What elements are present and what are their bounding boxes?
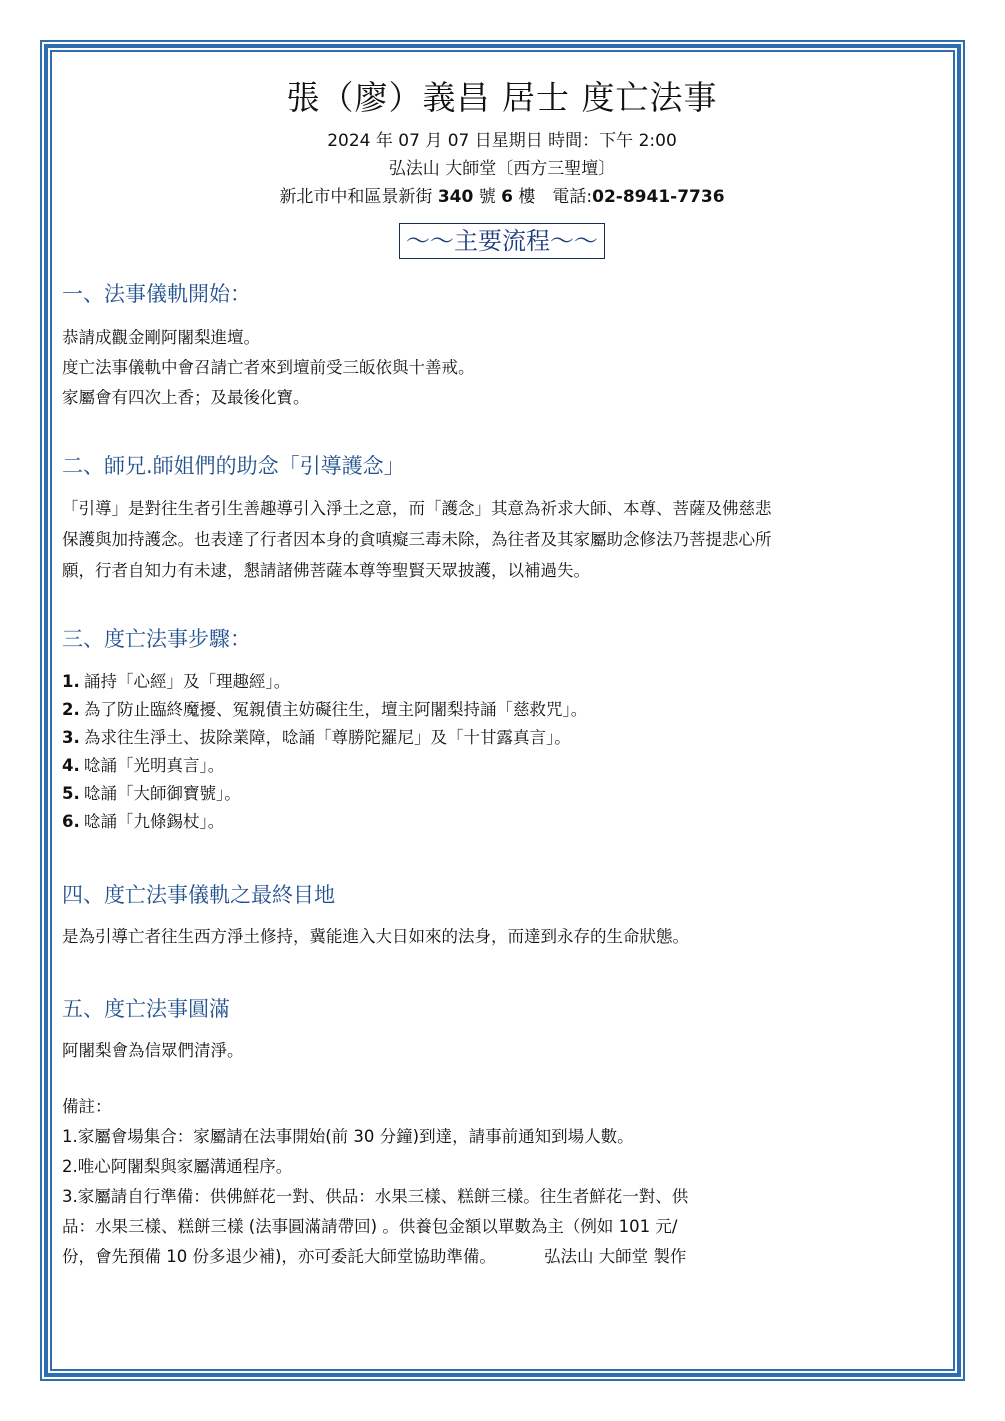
date-line: 2024 年 07 月 07 日星期日 時間：下午 2:00 bbox=[62, 127, 942, 155]
section-2-line: 「引導」是對往生者引生善趣導引入淨土之意，而「護念」其意為祈求大師、本尊、菩薩及… bbox=[62, 493, 942, 524]
note-line: 3.家屬請自行準備：供佛鮮花一對、供品：水果三樣、糕餅三樣。往生者鮮花一對、供 bbox=[62, 1182, 942, 1212]
step-item: 2.為了防止臨終魔擾、冤親債主妨礙往生，壇主阿闍梨持誦「慈救咒」。 bbox=[62, 696, 942, 724]
section-1-line: 恭請成觀金剛阿闍梨進壇。 bbox=[62, 323, 942, 353]
section-1-line: 度亡法事儀軌中會召請亡者來到壇前受三皈依與十善戒。 bbox=[62, 353, 942, 383]
steps-list: 1.誦持「心經」及「理趣經」。 2.為了防止臨終魔擾、冤親債主妨礙往生，壇主阿闍… bbox=[62, 668, 942, 836]
section-4-line: 是為引導亡者往生西方淨土修持，冀能進入大日如來的法身，而達到永存的生命狀態。 bbox=[62, 922, 942, 952]
section-5-line: 阿闍梨會為信眾們清淨。 bbox=[62, 1036, 942, 1066]
notes-label: 備註： bbox=[62, 1092, 942, 1122]
step-item: 1.誦持「心經」及「理趣經」。 bbox=[62, 668, 942, 696]
section-2-line: 保護與加持護念。也表達了行者因本身的貪嗔癡三毒未除，為往者及其家屬助念修法乃菩提… bbox=[62, 524, 942, 555]
signature: 弘法山 大師堂 製作 bbox=[544, 1242, 687, 1272]
note-line: 品：水果三樣、糕餅三樣 (法事圓滿請帶回) 。供養包金額以單數為主（例如 101… bbox=[62, 1212, 942, 1242]
section-4-heading: 四、度亡法事儀軌之最終目地 bbox=[62, 880, 942, 910]
phone-number: 02-8941-7736 bbox=[592, 187, 724, 207]
note-line: 1.家屬會場集合：家屬請在法事開始(前 30 分鐘)到達，請事前通知到場人數。 bbox=[62, 1122, 942, 1152]
address-mid: 號 bbox=[473, 187, 501, 207]
document-content: 張（廖）義昌 居士 度亡法事 2024 年 07 月 07 日星期日 時間：下午… bbox=[62, 60, 942, 1272]
section-2-line: 願，行者自知力有未逮，懇請諸佛菩薩本尊等聖賢天眾披護，以補過失。 bbox=[62, 555, 942, 586]
venue-line: 弘法山 大師堂〔西方三聖壇〕 bbox=[62, 155, 942, 183]
address-number: 340 bbox=[438, 187, 474, 207]
notes-block: 備註： 1.家屬會場集合：家屬請在法事開始(前 30 分鐘)到達，請事前通知到場… bbox=[62, 1092, 942, 1272]
step-item: 6.唸誦「九條錫杖」。 bbox=[62, 808, 942, 836]
section-1-heading: 一、法事儀軌開始： bbox=[62, 279, 942, 309]
note-line-last: 份，會先預備 10 份多退少補)，亦可委託大師堂協助準備。弘法山 大師堂 製作 bbox=[62, 1242, 942, 1272]
main-process-heading: ～～主要流程～～ bbox=[399, 223, 605, 259]
document-title: 張（廖）義昌 居士 度亡法事 bbox=[62, 72, 942, 119]
address-suffix: 樓 電話: bbox=[513, 187, 592, 207]
section-5-heading: 五、度亡法事圓滿 bbox=[62, 994, 942, 1024]
section-3-heading: 三、度亡法事步驟： bbox=[62, 624, 942, 654]
address-line: 新北市中和區景新街 340 號 6 樓 電話:02-8941-7736 bbox=[62, 183, 942, 211]
note-line: 2.唯心阿闍梨與家屬溝通程序。 bbox=[62, 1152, 942, 1182]
section-1-line: 家屬會有四次上香；及最後化寶。 bbox=[62, 383, 942, 413]
address-floor: 6 bbox=[501, 187, 513, 207]
step-item: 5.唸誦「大師御寶號」。 bbox=[62, 780, 942, 808]
address-prefix: 新北市中和區景新街 bbox=[279, 187, 437, 207]
section-2-heading: 二、師兄.師姐們的助念「引導護念」 bbox=[62, 451, 942, 481]
step-item: 3.為求往生淨土、拔除業障，唸誦「尊勝陀羅尼」及「十甘露真言」。 bbox=[62, 724, 942, 752]
step-item: 4.唸誦「光明真言」。 bbox=[62, 752, 942, 780]
